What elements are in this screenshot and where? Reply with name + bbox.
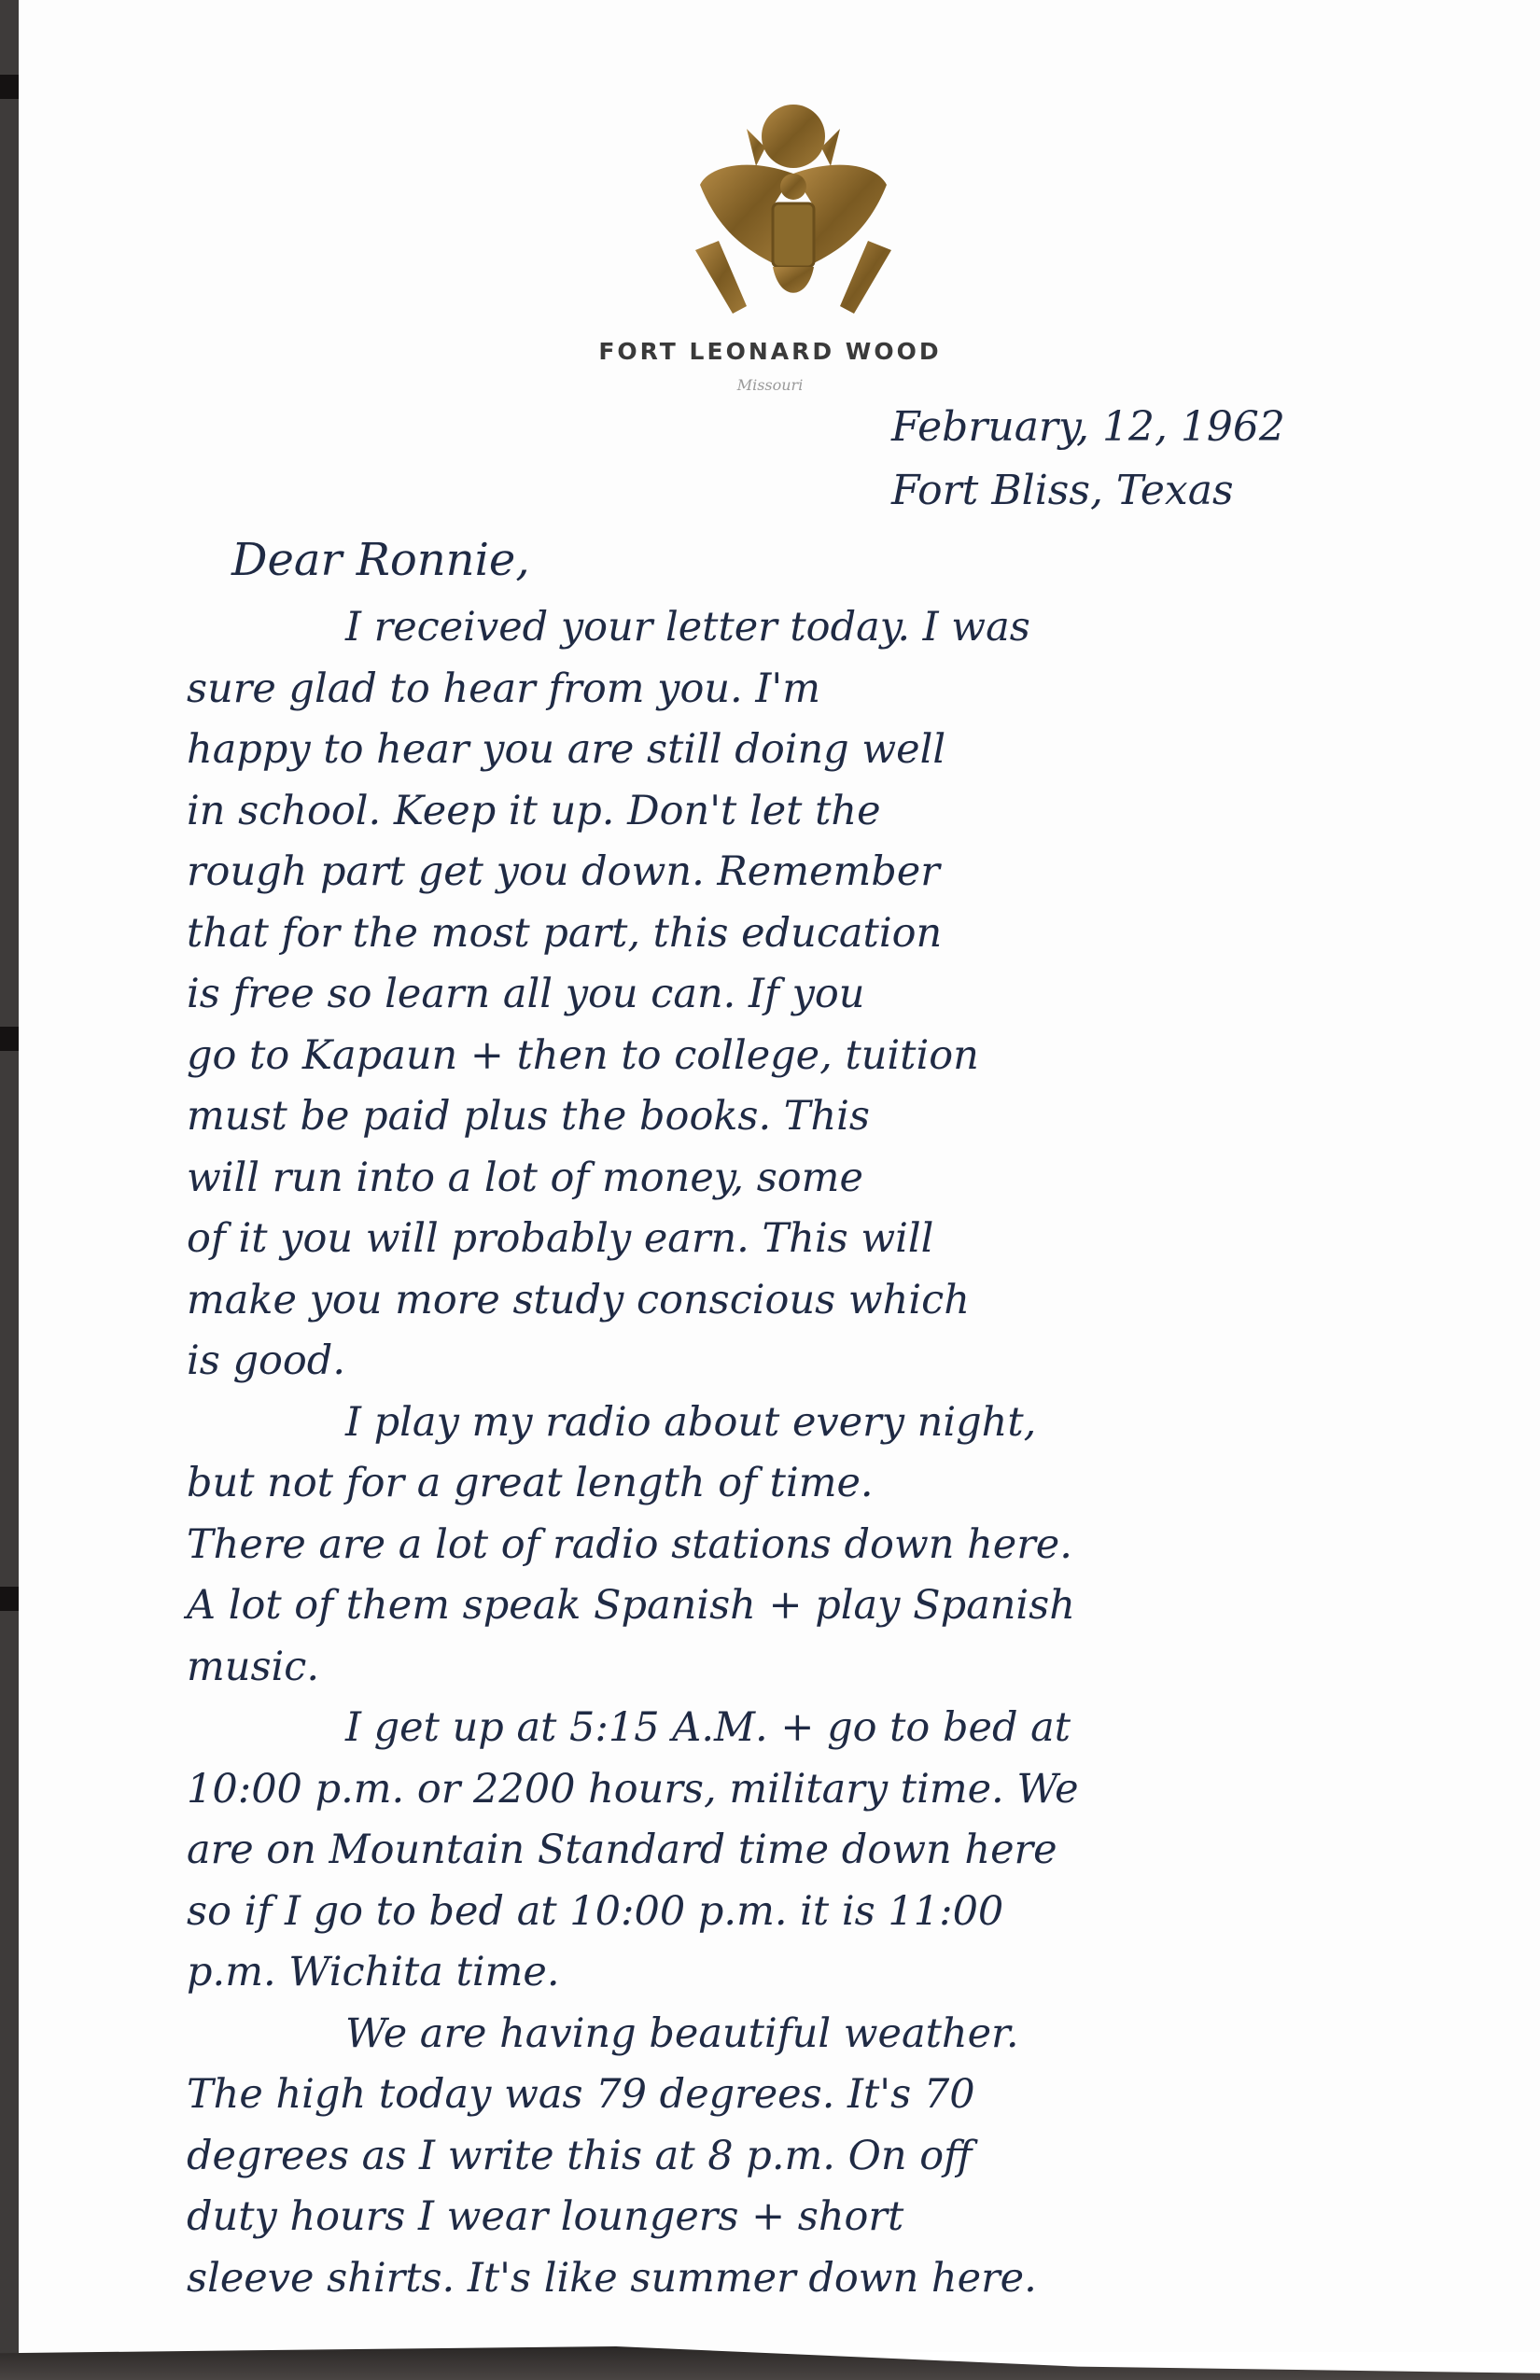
letterhead-subtitle: Missouri: [0, 376, 1540, 394]
letter-line: happy to hear you are still doing well: [187, 720, 1409, 781]
letter-line: We are having beautiful weather.: [187, 2004, 1409, 2065]
letter-line: duty hours I wear loungers + short: [187, 2187, 1409, 2248]
letter-salutation: Dear Ronnie,: [231, 534, 530, 586]
letter-line: music.: [187, 1637, 1409, 1699]
letter-line: will run into a lot of money, some: [187, 1148, 1409, 1210]
scan-notch: [0, 1587, 19, 1611]
letter-line: go to Kapaun + then to college, tuition: [187, 1026, 1409, 1087]
letter-line: in school. Keep it up. Don't let the: [187, 781, 1409, 843]
letter-date: February, 12, 1962: [891, 403, 1285, 451]
letter-line: A lot of them speak Spanish + play Spani…: [187, 1575, 1409, 1637]
letter-line: I get up at 5:15 A.M. + go to bed at: [187, 1698, 1409, 1759]
letter-line: must be paid plus the books. This: [187, 1086, 1409, 1148]
scan-notch: [0, 75, 19, 99]
letter-line: make you more study conscious which: [187, 1270, 1409, 1332]
letter-line: but not for a great length of time.: [187, 1453, 1409, 1515]
letter-line: The high today was 79 degrees. It's 70: [187, 2065, 1409, 2126]
eagle-seal-icon: [691, 101, 896, 325]
letter-line: is free so learn all you can. If you: [187, 964, 1409, 1026]
letter-place: Fort Bliss, Texas: [891, 467, 1234, 514]
letter-line: I play my radio about every night,: [187, 1393, 1409, 1454]
letter-line: There are a lot of radio stations down h…: [187, 1515, 1409, 1576]
letter-line: that for the most part, this education: [187, 903, 1409, 965]
letter-line: of it you will probably earn. This will: [187, 1209, 1409, 1270]
letter-body: I received your letter today. I wassure …: [187, 597, 1409, 2309]
letter-line: sleeve shirts. It's like summer down her…: [187, 2248, 1409, 2310]
letter-line: so if I go to bed at 10:00 p.m. it is 11…: [187, 1882, 1409, 1943]
letter-line: degrees as I write this at 8 p.m. On off: [187, 2126, 1409, 2188]
scan-notch: [0, 1027, 19, 1051]
letter-line: sure glad to hear from you. I'm: [187, 659, 1409, 721]
letter-line: rough part get you down. Remember: [187, 842, 1409, 903]
letter-line: p.m. Wichita time.: [187, 1942, 1409, 2004]
letterhead-title: FORT LEONARD WOOD: [0, 338, 1540, 365]
letter-line: are on Mountain Standard time down here: [187, 1820, 1409, 1882]
letter-line: 10:00 p.m. or 2200 hours, military time.…: [187, 1759, 1409, 1821]
letter-line: is good.: [187, 1331, 1409, 1393]
letter-line: I received your letter today. I was: [187, 597, 1409, 659]
